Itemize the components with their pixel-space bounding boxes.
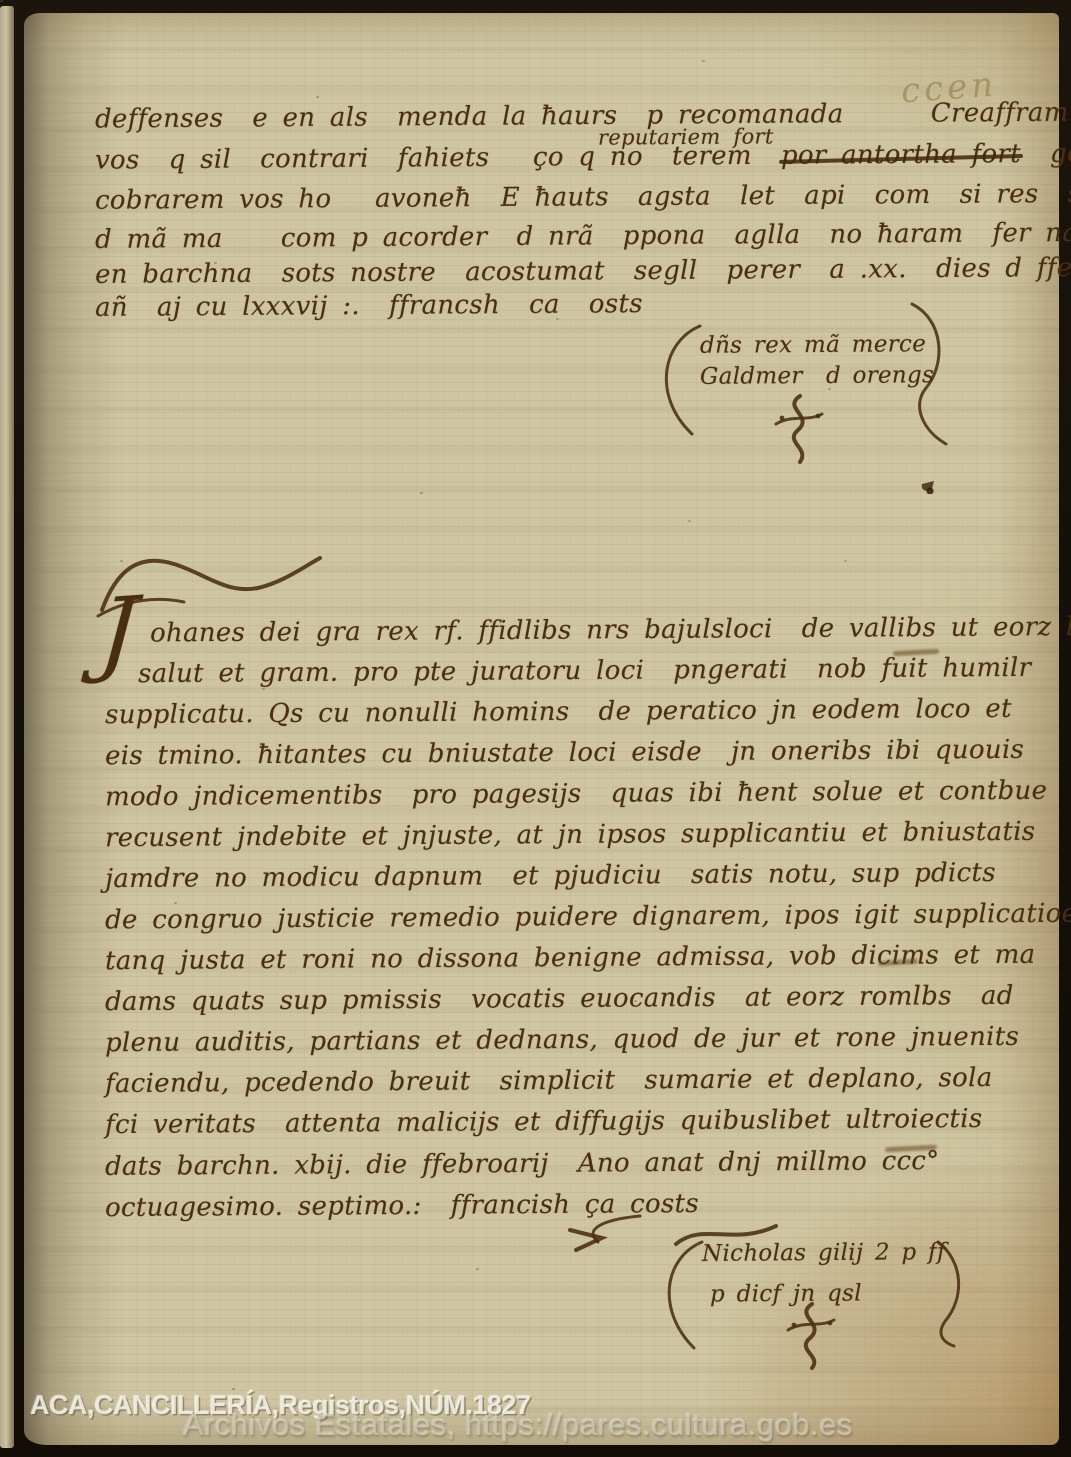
closing-flourish — [556, 1210, 646, 1256]
facing-page-edge — [0, 6, 14, 1448]
manuscript-line: faciendu, pcedendo breuit simplicit suma… — [105, 1063, 993, 1099]
notarial-close-swash-flourish — [930, 1238, 970, 1348]
manuscript-line: ohanes dei gra rex rf. ffidlibs nrs baju… — [150, 612, 1071, 649]
notarial-note-line: Nicholas gilij 2 p ff — [702, 1239, 946, 1267]
line-segment: geen — [1021, 138, 1071, 169]
manuscript-photo: ccen deffenses e en als menda la ħaurs p… — [0, 0, 1071, 1457]
manuscript-line: fci veritats attenta malicijs et diffugi… — [105, 1104, 983, 1140]
line-segment: vos q sil contrari fahiets ço q no terem — [95, 141, 781, 176]
manuscript-line: supplicatu. Qs cu nonulli homins de pera… — [105, 694, 1012, 730]
manuscript-line: plenu auditis, partians et dednans, quod… — [105, 1022, 1019, 1058]
notarial-close-swash-flourish — [882, 302, 952, 452]
manuscript-line: salut et gram. pro pte juratoru loci png… — [138, 653, 1032, 689]
manuscript-line: dams quats sup pmissis vocatis euocandis… — [105, 981, 1014, 1017]
initial-letter: J — [97, 585, 141, 679]
ink-blot — [918, 478, 936, 494]
manuscript-line: dats barchn. xbij. die ffebroarij Ano an… — [105, 1146, 940, 1182]
notarial-paraph-sign — [782, 1300, 838, 1372]
paper-specks — [0, 0, 3, 2]
manuscript-line: jamdre no modicu dapnum et pjudiciu sati… — [105, 858, 996, 894]
notarial-open-bracket-flourish — [652, 1238, 707, 1353]
manuscript-line: eis tmino. ħitantes cu bniustate loci ei… — [105, 735, 1024, 771]
notarial-open-bracket-flourish — [648, 322, 706, 440]
notarial-paraph-sign — [770, 392, 826, 468]
manuscript-line: añ aj cu lxxxvij :. ffrancsh ca osts — [95, 289, 643, 323]
struck-through-text: por antortha fort — [781, 139, 1021, 171]
archive-url-watermark: Archivos Estatales, https://pares.cultur… — [183, 1407, 853, 1443]
